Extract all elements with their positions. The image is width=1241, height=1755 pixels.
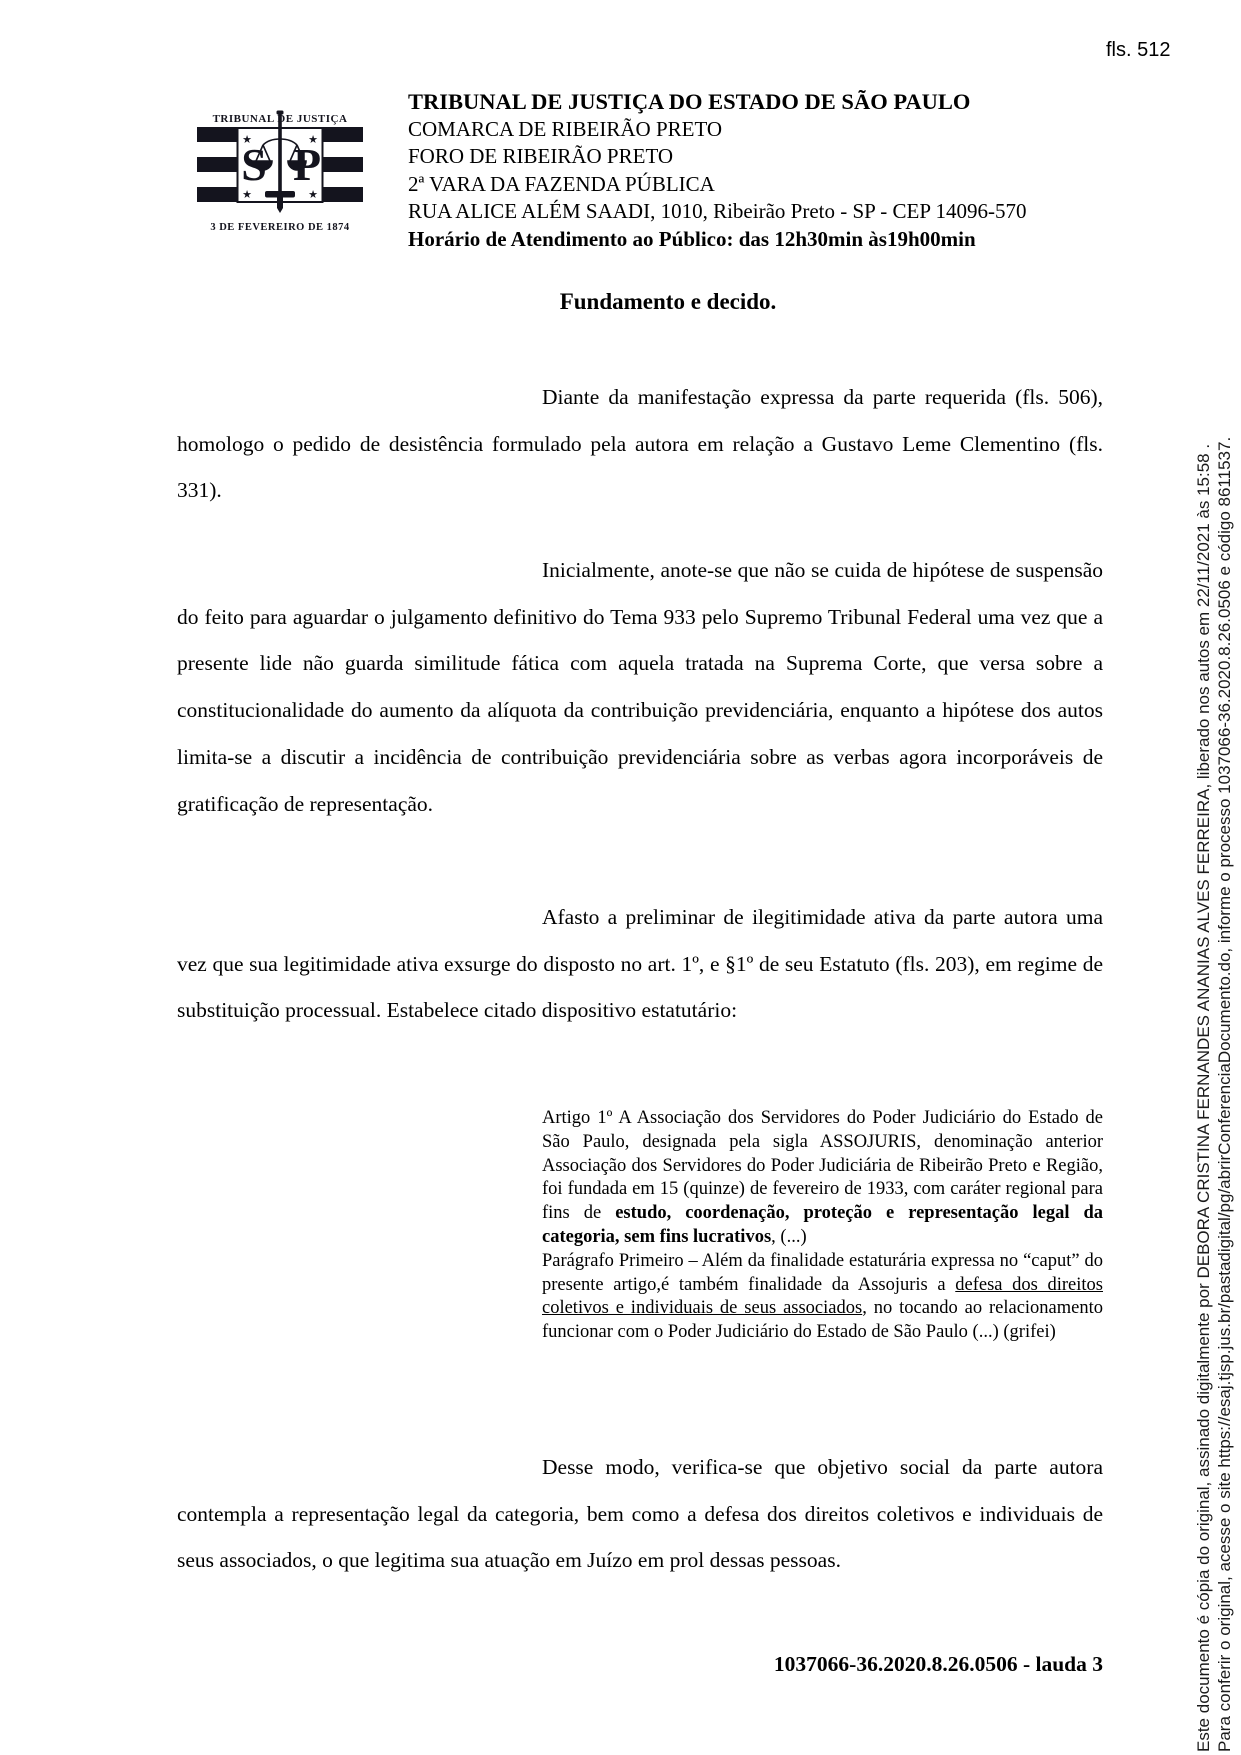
digital-signature-margin-note: Este documento é cópia do original, assi… bbox=[1194, 437, 1235, 1752]
foro-line: FORO DE RIBEIRÃO PRETO bbox=[408, 143, 1128, 171]
section-title: Fundamento e decido. bbox=[177, 288, 1103, 316]
address-line: RUA ALICE ALÉM SAADI, 1010, Ribeirão Pre… bbox=[408, 198, 1128, 226]
verification-note-line: Para conferir o original, acesse o site … bbox=[1215, 437, 1236, 1752]
court-letterhead: TRIBUNAL DE JUSTIÇA DO ESTADO DE SÃO PAU… bbox=[408, 88, 1128, 253]
page-sheet-number: fls. 512 bbox=[1106, 38, 1170, 62]
document-page: fls. 512 TRIBUNAL DE JUSTIÇA ★ ★ ★ ★ S P bbox=[0, 0, 1241, 1755]
logo-bottom-text: 3 DE FEVEREIRO DE 1874 bbox=[210, 222, 350, 233]
opening-hours-line: Horário de Atendimento ao Público: das 1… bbox=[408, 226, 1128, 254]
comarca-line: COMARCA DE RIBEIRÃO PRETO bbox=[408, 116, 1128, 144]
vara-line: 2ª VARA DA FAZENDA PÚBLICA bbox=[408, 171, 1128, 199]
court-name: TRIBUNAL DE JUSTIÇA DO ESTADO DE SÃO PAU… bbox=[408, 88, 1128, 116]
case-number-footer: 1037066-36.2020.8.26.0506 - lauda 3 bbox=[177, 1651, 1103, 1677]
signature-note-line: Este documento é cópia do original, assi… bbox=[1194, 437, 1215, 1752]
paragraph-tema-933: Inicialmente, anote-se que não se cuida … bbox=[177, 547, 1103, 827]
statute-blockquote: Artigo 1º A Associação dos Servidores do… bbox=[542, 1107, 1103, 1345]
paragraph-conclusion: Desse modo, verifica-se que objetivo soc… bbox=[177, 1444, 1103, 1584]
paragraph-legitimidade: Afasto a preliminar de ilegitimidade ati… bbox=[177, 894, 1103, 1034]
paragraph-homologation: Diante da manifestação expressa da parte… bbox=[177, 374, 1103, 514]
tjsp-coat-of-arms-logo: TRIBUNAL DE JUSTIÇA ★ ★ ★ ★ S P bbox=[197, 108, 363, 234]
